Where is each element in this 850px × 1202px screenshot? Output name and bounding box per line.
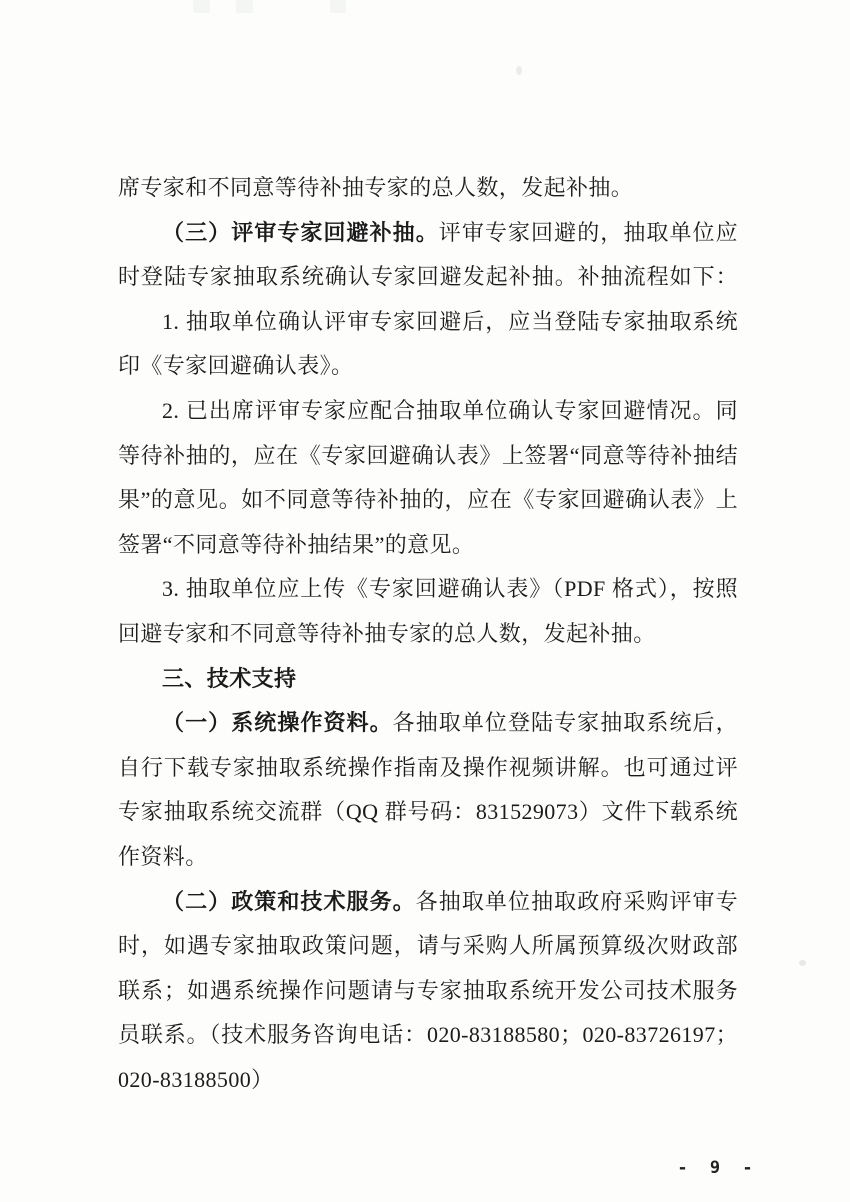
heading-run: （一）系统操作资料。 [162,710,393,735]
text-line: 3. 抽取单位应上传《专家回避确认表》（PDF 格式），按照 [118,567,738,612]
scan-artifact [516,66,522,75]
text-run: 自行下载专家抽取系统操作指南及操作视频讲解。也可通过评审 [118,755,738,791]
document-body: 席专家和不同意等待补抽专家的总人数，发起补抽。（三）评审专家回避补抽。评审专家回… [118,166,738,1102]
page-number: - 9 - [668,1158,768,1178]
scan-artifact [799,960,806,966]
text-line: （二）政策和技术服务。各抽取单位抽取政府采购评审专家 [118,880,738,925]
text-run: 果”的意见。如不同意等待补抽的，应在《专家回避确认表》上 [118,487,738,512]
text-run: 员联系。（技术服务咨询电话：020-83188580；020-83726197； [118,1022,738,1047]
text-run: 2. 已出席评审专家应配合抽取单位确认专家回避情况。同意 [162,398,738,434]
scan-artifact [330,0,346,13]
text-run: 席专家和不同意等待补抽专家的总人数，发起补抽。 [118,175,633,200]
text-line: 时，如遇专家抽取政策问题，请与采购人所属预算级次财政部门 [118,924,738,969]
text-line: （三）评审专家回避补抽。评审专家回避的，抽取单位应及 [118,211,738,256]
heading-run: （三）评审专家回避补抽。 [162,220,439,245]
text-run: 印《专家回避确认表》。 [118,353,353,378]
text-line: 回避专家和不同意等待补抽专家的总人数，发起补抽。 [118,612,738,657]
text-line: （一）系统操作资料。各抽取单位登陆专家抽取系统后，可 [118,701,738,746]
text-run: 联系；如遇系统操作问题请与专家抽取系统开发公司技术服务人 [118,978,738,1014]
heading-run: （二）政策和技术服务。 [162,889,416,914]
document-page: 席专家和不同意等待补抽专家的总人数，发起补抽。（三）评审专家回避补抽。评审专家回… [0,0,850,1202]
text-line: 自行下载专家抽取系统操作指南及操作视频讲解。也可通过评审 [118,746,738,791]
text-line: 席专家和不同意等待补抽专家的总人数，发起补抽。 [118,166,738,211]
text-line: 2. 已出席评审专家应配合抽取单位确认专家回避情况。同意 [118,389,738,434]
text-line: 1. 抽取单位确认评审专家回避后，应当登陆专家抽取系统打 [118,300,738,345]
text-line: 020-83188500） [118,1058,738,1103]
text-run: 时，如遇专家抽取政策问题，请与采购人所属预算级次财政部门 [118,933,738,969]
text-run: 1. 抽取单位确认评审专家回避后，应当登陆专家抽取系统打 [162,309,738,345]
scan-artifact [236,0,253,13]
heading-run: 三、技术支持 [162,666,296,691]
text-line: 专家抽取系统交流群（QQ 群号码：831529073）文件下载系统操 [118,790,738,835]
text-run: 3. 抽取单位应上传《专家回避确认表》（PDF 格式），按照 [162,576,738,601]
text-line: 时登陆专家抽取系统确认专家回避发起补抽。补抽流程如下： [118,255,738,300]
text-line: 果”的意见。如不同意等待补抽的，应在《专家回避确认表》上 [118,478,738,523]
text-run: 作资料。 [118,844,208,869]
text-run: 专家抽取系统交流群（QQ 群号码：831529073）文件下载系统操 [118,799,738,835]
text-line: 联系；如遇系统操作问题请与专家抽取系统开发公司技术服务人 [118,969,738,1014]
text-run: 020-83188500） [118,1067,274,1092]
scan-artifact [193,0,210,13]
text-line: 等待补抽的，应在《专家回避确认表》上签署“同意等待补抽结 [118,434,738,479]
text-run: 等待补抽的，应在《专家回避确认表》上签署“同意等待补抽结 [118,443,738,468]
text-line: 作资料。 [118,835,738,880]
text-line: 印《专家回避确认表》。 [118,344,738,389]
text-run: 时登陆专家抽取系统确认专家回避发起补抽。补抽流程如下： [118,264,738,289]
text-run: 签署“不同意等待补抽结果”的意见。 [118,532,474,557]
text-line: 签署“不同意等待补抽结果”的意见。 [118,523,738,568]
text-line: 三、技术支持 [118,657,738,702]
text-line: 员联系。（技术服务咨询电话：020-83188580；020-83726197； [118,1013,738,1058]
text-run: 回避专家和不同意等待补抽专家的总人数，发起补抽。 [118,621,656,646]
